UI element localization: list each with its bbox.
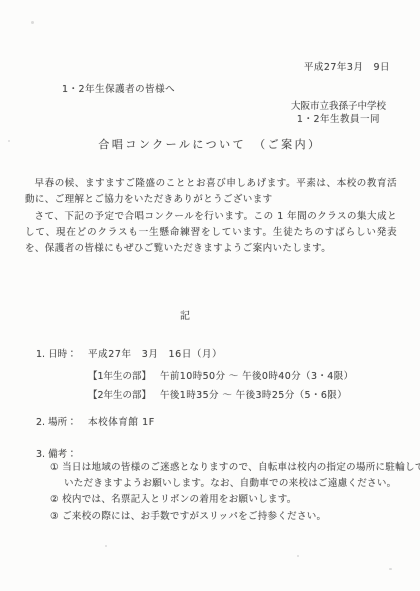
scan-speck [8, 140, 10, 142]
issue-date: 平成27年3月 9日 [304, 62, 390, 74]
scan-speck [31, 21, 34, 24]
recipient-line: 1・2年生保護者の皆様へ [62, 84, 175, 96]
session1-time: 午前10時50分 〜 午後0時40分（3・4限） [160, 371, 354, 383]
datetime-label: 1. 日時： [36, 349, 77, 361]
session1-label: 【1年生の部】 [88, 371, 151, 383]
session2-label: 【2年生の部】 [88, 390, 151, 402]
remark-item-2: ② 校内では、名票記入とリボンの着用をお願いします。 [50, 494, 297, 506]
datetime-value: 平成27年 3月 16日（月） [88, 349, 222, 361]
scan-speck [297, 555, 299, 557]
sender-school-name: 大阪市立我孫子中学校 [291, 101, 386, 114]
remarks-label: 3. 備考： [36, 449, 77, 461]
remark-item-3: ③ ご来校の際には、お手数ですがスリッパをご持参ください。 [50, 511, 326, 523]
place-value: 本校体育館 1F [88, 417, 155, 429]
sender-block: 大阪市立我孫子中学校 1・2年生教員一同 [291, 101, 386, 126]
document-title: 合唱コンクールについて （ご案内） [0, 136, 420, 152]
remark-item-1: ① 当日は地域の皆様のご迷惑となりますので、自転車は校内の指定の場所に駐輪して [50, 462, 420, 474]
scan-speck [389, 568, 392, 570]
place-label: 2. 場所： [36, 417, 77, 429]
ki-marker: 記 [180, 307, 190, 322]
session2-time: 午後1時35分 〜 午後3時25分（5・6限） [160, 390, 347, 402]
scan-speck [105, 545, 107, 547]
greeting-paragraph: 早春の候、ますますご隆盛のこととお喜び申しあげます。平素は、本校の教育活動に、ご… [25, 176, 397, 208]
sender-staff-name: 1・2年生教員一同 [291, 114, 386, 127]
remark-item-1-continued: いただきますようお願いします。なお、自動車での来校はご遠慮ください。 [64, 478, 396, 490]
announcement-paragraph: さて、下記の予定で合唱コンクールを行います。この 1 年間のクラスの集大成として… [25, 209, 397, 258]
scanned-letter-page: 平成27年3月 9日 1・2年生保護者の皆様へ 大阪市立我孫子中学校 1・2年生… [0, 0, 420, 591]
